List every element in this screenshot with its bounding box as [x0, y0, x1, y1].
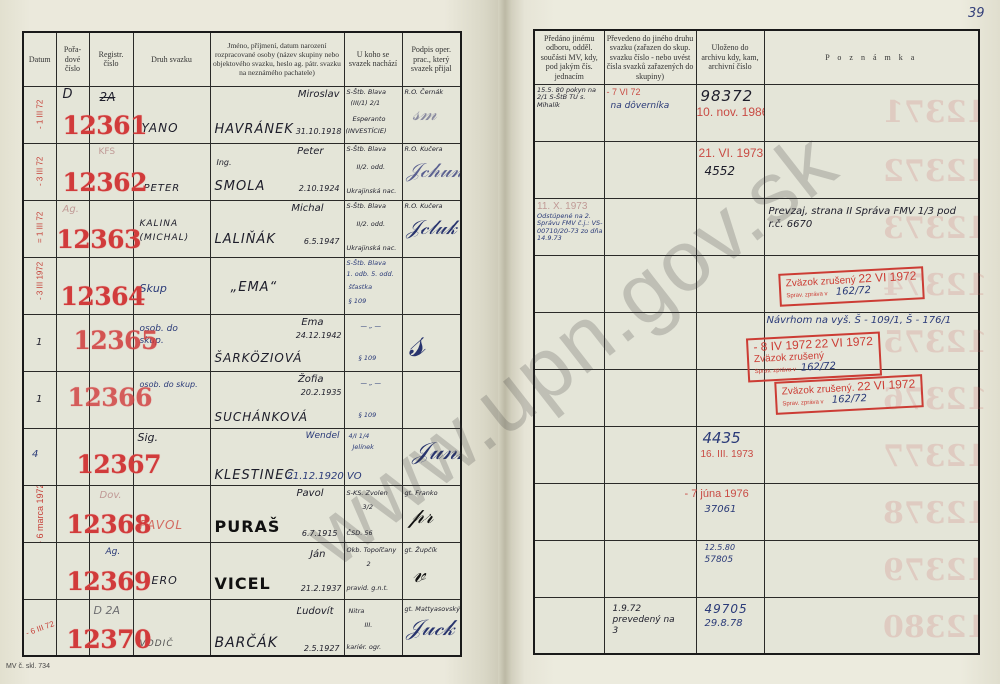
- header-predano: Předáno jinému odboru, odděl. součásti M…: [534, 30, 604, 84]
- cell-predano: [534, 141, 604, 198]
- signature-scribble: 𝓅𝓇: [409, 504, 434, 529]
- cell-datum: [23, 542, 56, 599]
- page-number: 39: [968, 6, 985, 21]
- cell-signature: gt. Franko 𝓅𝓇: [402, 485, 461, 542]
- cell-archiv: 21. VI. 1973 4552: [696, 141, 764, 198]
- cell-signature: 𝓈: [402, 314, 461, 371]
- left-header-row: Datum Pořa-dové číslo Registr. číslo Dru…: [23, 32, 461, 86]
- table-row: 11. X. 1973 Odstúpené na 2. Správu FMV č…: [534, 198, 979, 255]
- cell-prevedeno: [604, 312, 696, 369]
- cell-datum: 4: [23, 428, 56, 485]
- table-row: 1 12365 osob. do skup. Ema 24.12.1942 ŠA…: [23, 314, 461, 371]
- cell-signature: 𝒥𝓊𝓃𝓀: [402, 428, 461, 485]
- cell-poznamka: 12380: [764, 597, 979, 654]
- registration-number-stamp: 12370: [67, 625, 151, 654]
- registration-number-stamp: 12369: [67, 567, 151, 596]
- cell-poznamka: 12375 Návrhom na vyš. Š - 109/1, Š - 176…: [764, 312, 979, 369]
- signature-scribble: 𝒥𝓊𝒸𝓀: [407, 616, 455, 641]
- cell-jmeno: Žofia 20.2.1935 SUCHÁNKOVÁ: [210, 371, 344, 428]
- table-row: 12374 Zväzok zrušený 22 VI 1972 Sprav. z…: [534, 255, 979, 312]
- right-ledger-table: Předáno jinému odboru, odděl. součásti M…: [533, 29, 980, 655]
- cell-location: Okb. Topoľčany 2 pravid. g.n.t.: [344, 542, 402, 599]
- cell-poradove: 12362: [56, 143, 89, 200]
- cell-signature: gt. Mattyasovský 𝒥𝓊𝒸𝓀: [402, 599, 461, 656]
- cell-prevedeno: [604, 540, 696, 597]
- table-row: 1.9.72 prevedený na 3 49705 29.8.78 1238…: [534, 597, 979, 654]
- cell-jmeno: Ján VICEL 21.2.1937: [210, 542, 344, 599]
- cell-poznamka: 12372: [764, 141, 979, 198]
- cell-prevedeno: 1.9.72 prevedený na 3: [604, 597, 696, 654]
- signature-scribble: 𝓈: [409, 315, 425, 369]
- cell-datum: - 3 III 72: [23, 143, 56, 200]
- registration-number-stamp: 12366: [68, 383, 152, 412]
- table-row: 4435 16. III. 1973 12377: [534, 426, 979, 483]
- cell-location: Nitra III. kariér. ogr.: [344, 599, 402, 656]
- cell-prevedeno: [604, 426, 696, 483]
- signature-scribble: 𝓋: [413, 559, 426, 590]
- right-header-row: Předáno jinému odboru, odděl. součásti M…: [534, 30, 979, 84]
- cell-poznamka: 12377: [764, 426, 979, 483]
- cell-poznamka: 12374 Zväzok zrušený 22 VI 1972 Sprav. z…: [764, 255, 979, 312]
- header-registr-cislo: Registr. číslo: [89, 32, 133, 86]
- cell-signature: R.O. Kučera 𝒥𝒸𝓁𝓊𝓀: [402, 200, 461, 257]
- cancelled-stamp: Zväzok zrušený. 22 VI 1972 Sprav. zpráva…: [774, 374, 923, 415]
- cancelled-stamp: - 8 IV 1972 22 VI 1972 Zväzok zrušený Sp…: [745, 331, 881, 382]
- registration-number-stamp: 12363: [57, 225, 141, 254]
- table-row: 12369 Ag. ERO Ján VICEL 21.2.1937 Okb. T…: [23, 542, 461, 599]
- cell-poradove: 12367: [56, 428, 89, 485]
- cell-prevedeno: [604, 369, 696, 426]
- table-row: 1 12366 osob. do skup. Žofia 20.2.1935 S…: [23, 371, 461, 428]
- registration-number-stamp: 12362: [63, 168, 147, 197]
- cell-signature: [402, 371, 461, 428]
- cell-location: — „ — § 109: [344, 314, 402, 371]
- cell-prevedeno: [604, 255, 696, 312]
- table-row: 12.5.80 57805 12379: [534, 540, 979, 597]
- cell-archiv: [696, 255, 764, 312]
- cell-jmeno: Ľudovít BARČÁK 2.5.1927: [210, 599, 344, 656]
- cell-poradove: 12364: [56, 257, 89, 314]
- cancelled-stamp: Zväzok zrušený 22 VI 1972 Sprav. zpráva …: [778, 266, 924, 307]
- cell-poznamka: 12373 Prevzaj, strana II Správa FMV 1/3 …: [764, 198, 979, 255]
- cell-prevedeno: [604, 483, 696, 540]
- cell-prevedeno: - 7 VI 72 na dôverníka: [604, 84, 696, 141]
- cell-location: S-Štb. Blava 1. odb. 5. odd. šťastka § 1…: [344, 257, 402, 314]
- header-u-koho: U koho se svazek nachází: [344, 32, 402, 86]
- header-prevedeno: Převedeno do jiného druhu svazku (zařaze…: [604, 30, 696, 84]
- book-spine: [498, 0, 512, 684]
- cell-predano: 11. X. 1973 Odstúpené na 2. Správu FMV č…: [534, 198, 604, 255]
- signature-scribble: 𝒥𝓊𝓃𝓀: [413, 437, 462, 465]
- cell-druh: KALINA (MICHAL): [133, 200, 210, 257]
- cell-jmeno: Michal LALIŇÁK 6.5.1947: [210, 200, 344, 257]
- signature-scribble: 𝒥𝒸𝓁𝓊𝓀: [407, 215, 457, 239]
- cell-datum: - 6 marca 1972: [23, 485, 56, 542]
- cell-datum: 1: [23, 371, 56, 428]
- cell-prevedeno: [604, 141, 696, 198]
- table-row: - 6 III 72 12370 D 2A VODIČ Ľudovít BARČ…: [23, 599, 461, 656]
- cell-predano: [534, 426, 604, 483]
- header-podpis: Podpis oper. prac., který svazek přijal: [402, 32, 461, 86]
- table-row: 15.5. 80 pokyn na 2/1 S-ŠtB TU s. Mihalí…: [534, 84, 979, 141]
- header-poradove-cislo: Pořa-dové číslo: [56, 32, 89, 86]
- cell-archiv: [696, 198, 764, 255]
- header-jmeno: Jméno, příjmení, datum narození rozpraco…: [210, 32, 344, 86]
- cell-jmeno: „EMA“: [210, 257, 344, 314]
- registration-number-stamp: 12365: [74, 326, 158, 355]
- table-row: - 3 III 1972 12364 Skup „EMA“ S-Štb. Bla…: [23, 257, 461, 314]
- cell-jmeno: Ing. Peter SMOLA 2.10.1924: [210, 143, 344, 200]
- signature-scribble: 𝒥𝒸𝒽𝓊𝓃: [407, 158, 462, 182]
- cell-predano: [534, 369, 604, 426]
- cell-archiv: 12.5.80 57805: [696, 540, 764, 597]
- registration-number-stamp: 12361: [63, 111, 147, 140]
- cell-jmeno: Pavol PURAŠ 6.7.1915: [210, 485, 344, 542]
- cell-archiv: 4435 16. III. 1973: [696, 426, 764, 483]
- cell-poradove: 12366: [56, 371, 89, 428]
- cell-poradove: 12368: [56, 485, 89, 542]
- cell-signature: R.O. Černák 𝓈𝓂: [402, 86, 461, 143]
- cell-location: S-Štb. Blava II/2. odd. Ukrajinská nac.: [344, 200, 402, 257]
- cell-poradove: 12370: [56, 599, 89, 656]
- header-datum: Datum: [23, 32, 56, 86]
- cell-signature: R.O. Kučera 𝒥𝒸𝒽𝓊𝓃: [402, 143, 461, 200]
- cell-poradove: D12361: [56, 86, 89, 143]
- cell-archiv: 49705 29.8.78: [696, 597, 764, 654]
- table-row: 12375 Návrhom na vyš. Š - 109/1, Š - 176…: [534, 312, 979, 369]
- registration-number-stamp: 12367: [77, 450, 161, 479]
- signature-scribble: 𝓈𝓂: [413, 101, 437, 125]
- table-row: 4 12367 Sig. Wendel KLESTINEC 21.12.1920…: [23, 428, 461, 485]
- registration-number-stamp: 12368: [67, 510, 151, 539]
- cell-location: — „ — § 109: [344, 371, 402, 428]
- cell-predano: 15.5. 80 pokyn na 2/1 S-ŠtB TU s. Mihalí…: [534, 84, 604, 141]
- cell-predano: [534, 255, 604, 312]
- registration-number-stamp: 12364: [61, 282, 145, 311]
- cell-signature: [402, 257, 461, 314]
- table-row: - 1 III 72 D12361 2A YANO Miroslav HAVRÁ…: [23, 86, 461, 143]
- cell-archiv: 98372 10. nov. 1986: [696, 84, 764, 141]
- table-row: 21. VI. 1973 4552 12372: [534, 141, 979, 198]
- cell-predano: [534, 312, 604, 369]
- cell-poznamka: 12371: [764, 84, 979, 141]
- left-ledger-table: Datum Pořa-dové číslo Registr. číslo Dru…: [22, 31, 462, 657]
- cell-poradove: 12365: [56, 314, 89, 371]
- cell-jmeno: Miroslav HAVRÁNEK 31.10.1918: [210, 86, 344, 143]
- cell-predano: [534, 483, 604, 540]
- cell-jmeno: Ema 24.12.1942 ŠARKÖZIOVÁ: [210, 314, 344, 371]
- cell-location: S-KS. Zvolen 3/2 ČSD. 56: [344, 485, 402, 542]
- cell-archiv: - 7 júna 1976 37061: [696, 483, 764, 540]
- cell-prevedeno: [604, 198, 696, 255]
- cell-datum: - 3 III 1972: [23, 257, 56, 314]
- cell-location: S-Štb. Blava (III/1) 2/1 Esperanto (INVE…: [344, 86, 402, 143]
- cell-poznamka: 12378: [764, 483, 979, 540]
- cell-predano: [534, 597, 604, 654]
- cell-poradove: 12369: [56, 542, 89, 599]
- cell-datum: - 1 III 72: [23, 86, 56, 143]
- cell-signature: gt. Župčík 𝓋: [402, 542, 461, 599]
- table-row: - 7 júna 1976 37061 12378: [534, 483, 979, 540]
- header-druh-svazku: Druh svazku: [133, 32, 210, 86]
- cell-datum: - 6 III 72: [23, 599, 56, 656]
- table-row: - 6 marca 1972 12368 Dov. PAVOL Pavol PU…: [23, 485, 461, 542]
- cell-location: S-Štb. Blava II/2. odd. Ukrajinská nac.: [344, 143, 402, 200]
- header-ulozeno: Uloženo do archivu kdy, kam, archivní čí…: [696, 30, 764, 84]
- table-row: = 1 III 72 Ag.12363 KALINA (MICHAL) Mich…: [23, 200, 461, 257]
- cell-poradove: Ag.12363: [56, 200, 89, 257]
- header-poznamka: P o z n á m k a: [764, 30, 979, 84]
- cell-jmeno: Wendel KLESTINEC 21.12.1920 VO: [210, 428, 344, 485]
- cell-predano: [534, 540, 604, 597]
- form-code: MV č. skl. 734: [6, 663, 50, 670]
- cell-datum: = 1 III 72: [23, 200, 56, 257]
- cell-poznamka: 12379: [764, 540, 979, 597]
- cell-datum: 1: [23, 314, 56, 371]
- table-row: - 3 III 72 12362 KFS PETER Ing. Peter SM…: [23, 143, 461, 200]
